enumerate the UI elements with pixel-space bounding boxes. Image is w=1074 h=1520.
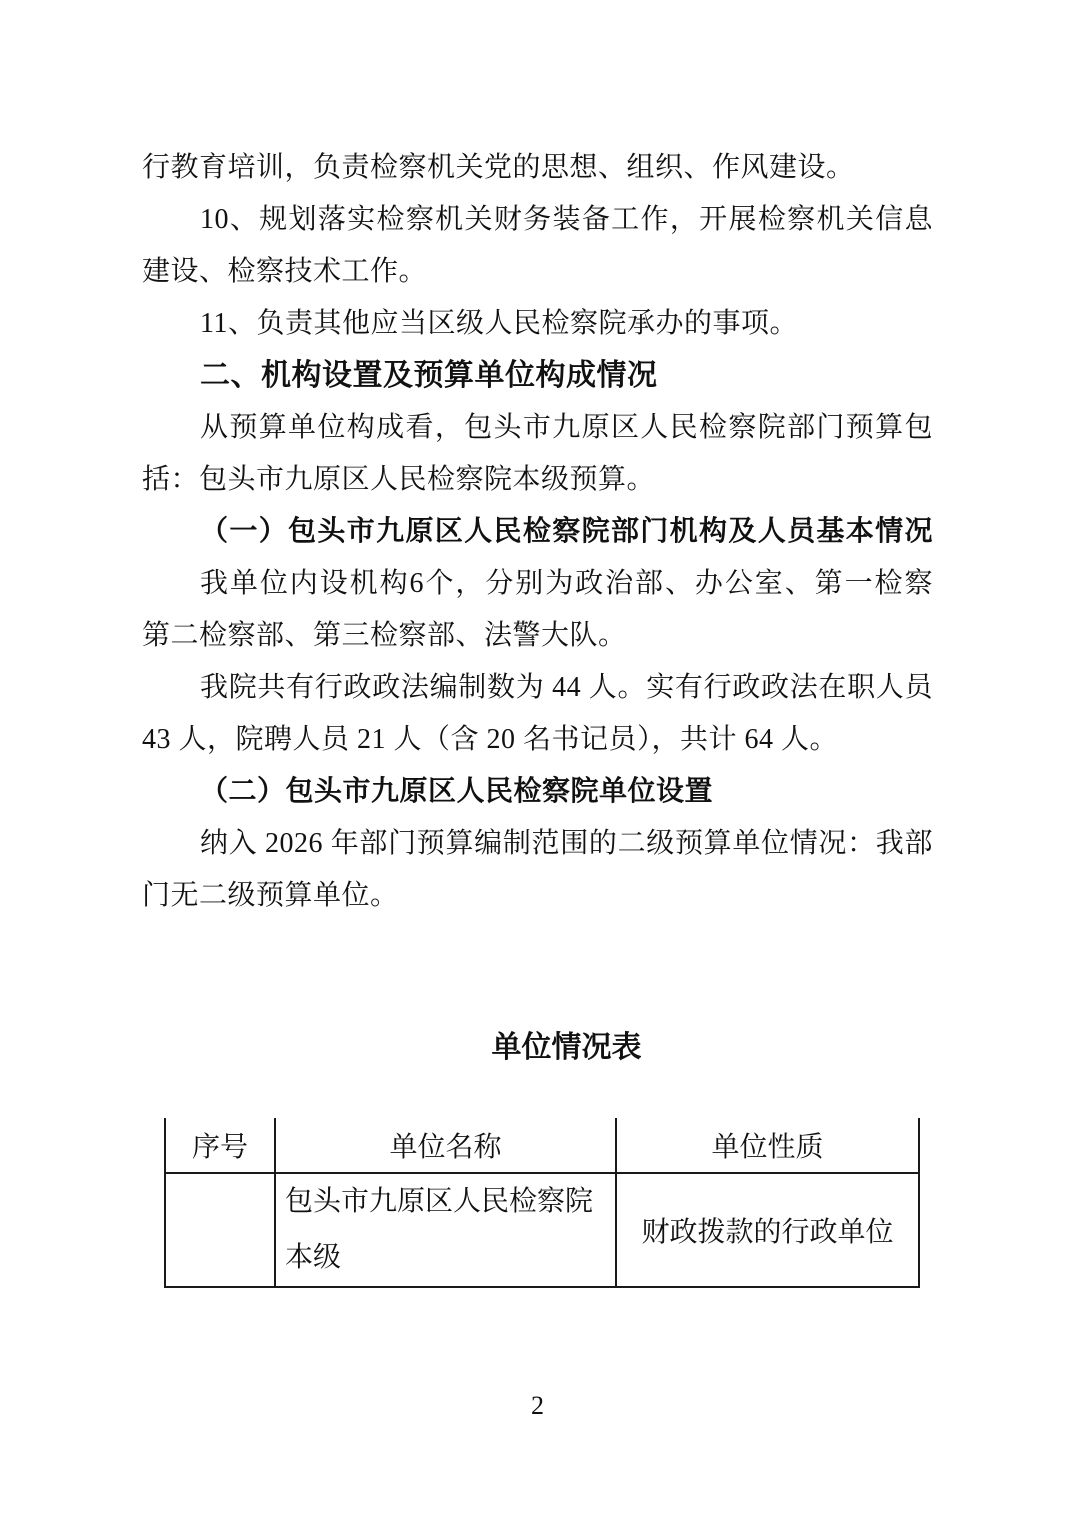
cell-serial-number [165,1173,275,1287]
unit-info-table: 序号 单位名称 单位性质 包头市九原区人民检察院本级 财政拨款的行政单位 [164,1118,920,1288]
table-header-row: 序号 单位名称 单位性质 [165,1118,919,1173]
body-text-line: 行教育培训，负责检察机关党的思想、组织、作风建设。 [142,142,933,194]
body-text-line: 11、负责其他应当区级人民检察院承办的事项。 [142,298,933,350]
table-row: 包头市九原区人民检察院本级 财政拨款的行政单位 [165,1173,919,1287]
section-heading-2: 二、机构设置及预算单位构成情况 [142,350,933,402]
body-text-line: 我院共有行政政法编制数为 44 人。实有行政政法在职人员 [142,662,933,714]
table-title: 单位情况表 [142,1028,933,1068]
subsection-heading-2: （二）包头市九原区人民检察院单位设置 [142,766,933,818]
cell-unit-name: 包头市九原区人民检察院本级 [275,1173,616,1287]
body-text-line: 从预算单位构成看，包头市九原区人民检察院部门预算包 [142,402,933,454]
cell-unit-nature: 财政拨款的行政单位 [616,1173,919,1287]
body-text-line: 43 人，院聘人员 21 人（含 20 名书记员），共计 64 人。 [142,714,933,766]
page-number: 2 [142,1391,933,1421]
subsection-heading-1: （一）包头市九原区人民检察院部门机构及人员基本情况 [142,506,933,558]
body-text-line: 建设、检察技术工作。 [142,246,933,298]
body-text-line: 括：包头市九原区人民检察院本级预算。 [142,454,933,506]
col-header-unit-name: 单位名称 [275,1118,616,1173]
body-text-line: 第二检察部、第三检察部、法警大队。 [142,610,933,662]
document-body: 行教育培训，负责检察机关党的思想、组织、作风建设。 10、规划落实检察机关财务装… [142,142,933,1421]
col-header-serial-number: 序号 [165,1118,275,1173]
col-header-unit-nature: 单位性质 [616,1118,919,1173]
document-page: 行教育培训，负责检察机关党的思想、组织、作风建设。 10、规划落实检察机关财务装… [0,0,1074,1520]
body-text-line: 我单位内设机构6个，分别为政治部、办公室、第一检察部、 [142,558,933,610]
body-text-line: 门无二级预算单位。 [142,870,933,922]
body-text-line: 10、规划落实检察机关财务装备工作，开展检察机关信息化 [142,194,933,246]
body-text-line: 纳入 2026 年部门预算编制范围的二级预算单位情况：我部 [142,818,933,870]
